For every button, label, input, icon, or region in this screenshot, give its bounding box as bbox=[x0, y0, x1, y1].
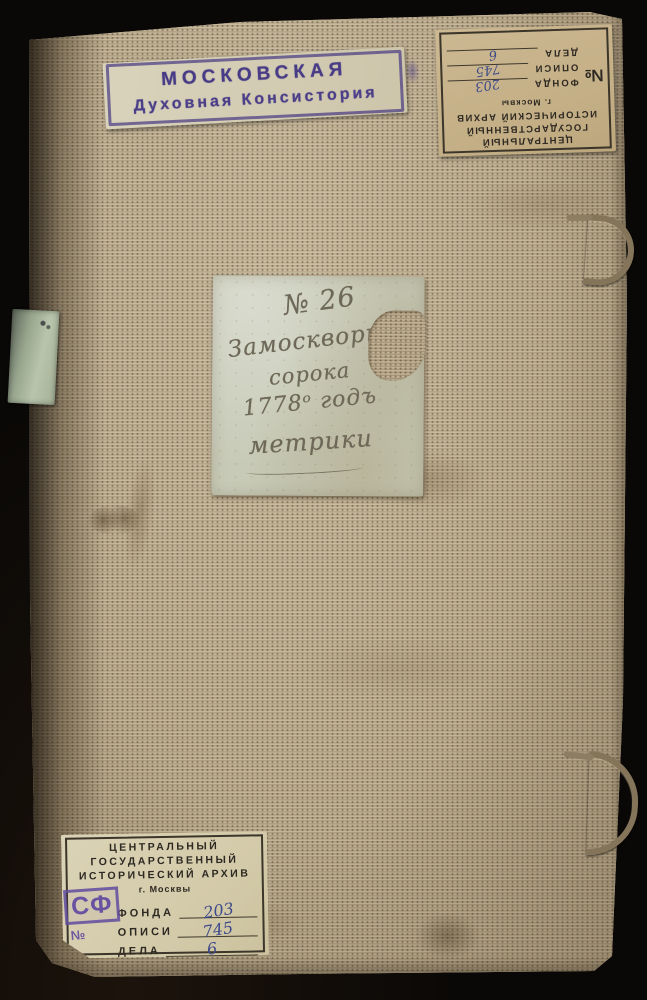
archive-label-top-border-box: ЦЕНТРАЛЬНЫЙ ГОСУДАРСТВЕННЫЙ ИСТОРИЧЕСКИЙ… bbox=[439, 27, 612, 153]
handwritten-title-label: № 26 Замоскворѣ сорока 1778ᵒ годъ метрик… bbox=[211, 275, 425, 496]
number-sign-purple-stamp: № bbox=[70, 927, 86, 943]
row-value-handwritten: 6 bbox=[487, 46, 497, 62]
title-metriki-line: метрики bbox=[217, 422, 404, 462]
row-value-handwritten: 745 bbox=[201, 917, 234, 941]
archive-label-bottom-border-box: ЦЕНТРАЛЬНЫЙ ГОСУДАРСТВЕННЫЙ ИСТОРИЧЕСКИЙ… bbox=[65, 834, 265, 955]
torn-patch bbox=[368, 310, 426, 380]
ink-smear bbox=[405, 58, 420, 85]
row-label: ОПИСИ bbox=[533, 61, 578, 73]
row-label: ДЕЛА bbox=[118, 945, 161, 958]
binding-cord-bottom bbox=[586, 751, 640, 857]
sf-purple-stamp: СФ bbox=[63, 886, 121, 925]
row-value-handwritten: 6 bbox=[205, 938, 218, 958]
title-year-line: 1778ᵒ годъ bbox=[225, 382, 395, 423]
book-cover: МОСКОВСКАЯ Духовная Консистория ЦЕНТРАЛЬ… bbox=[0, 0, 647, 1000]
photo-background: МОСКОВСКАЯ Духовная Консистория ЦЕНТРАЛЬ… bbox=[0, 0, 647, 1000]
archive-label-top: ЦЕНТРАЛЬНЫЙ ГОСУДАРСТВЕННЫЙ ИСТОРИЧЕСКИЙ… bbox=[435, 24, 616, 156]
form-rows: ФОНДА 203 ОПИСИ 745 ДЕЛА 6 bbox=[117, 898, 258, 957]
form-row-delo: ДЕЛА 6 bbox=[118, 936, 258, 957]
row-label: ДЕЛА bbox=[543, 46, 578, 58]
binding-cord-top bbox=[584, 214, 637, 287]
spine-label-fragment bbox=[8, 309, 60, 405]
form-rows: ФОНДА 203 ОПИСИ 745 ДЕЛА 6 bbox=[447, 46, 579, 95]
archive-label-top-flipped-content: ЦЕНТРАЛЬНЫЙ ГОСУДАРСТВЕННЫЙ ИСТОРИЧЕСКИЙ… bbox=[435, 24, 616, 156]
row-label: ФОНДА bbox=[117, 906, 174, 919]
number-sign: № bbox=[584, 65, 604, 86]
row-label: ФОНДА bbox=[533, 76, 579, 88]
underline-swash bbox=[245, 463, 363, 476]
archive-label-bottom: ЦЕНТРАЛЬНЫЙ ГОСУДАРСТВЕННЫЙ ИСТОРИЧЕСКИЙ… bbox=[61, 831, 269, 959]
